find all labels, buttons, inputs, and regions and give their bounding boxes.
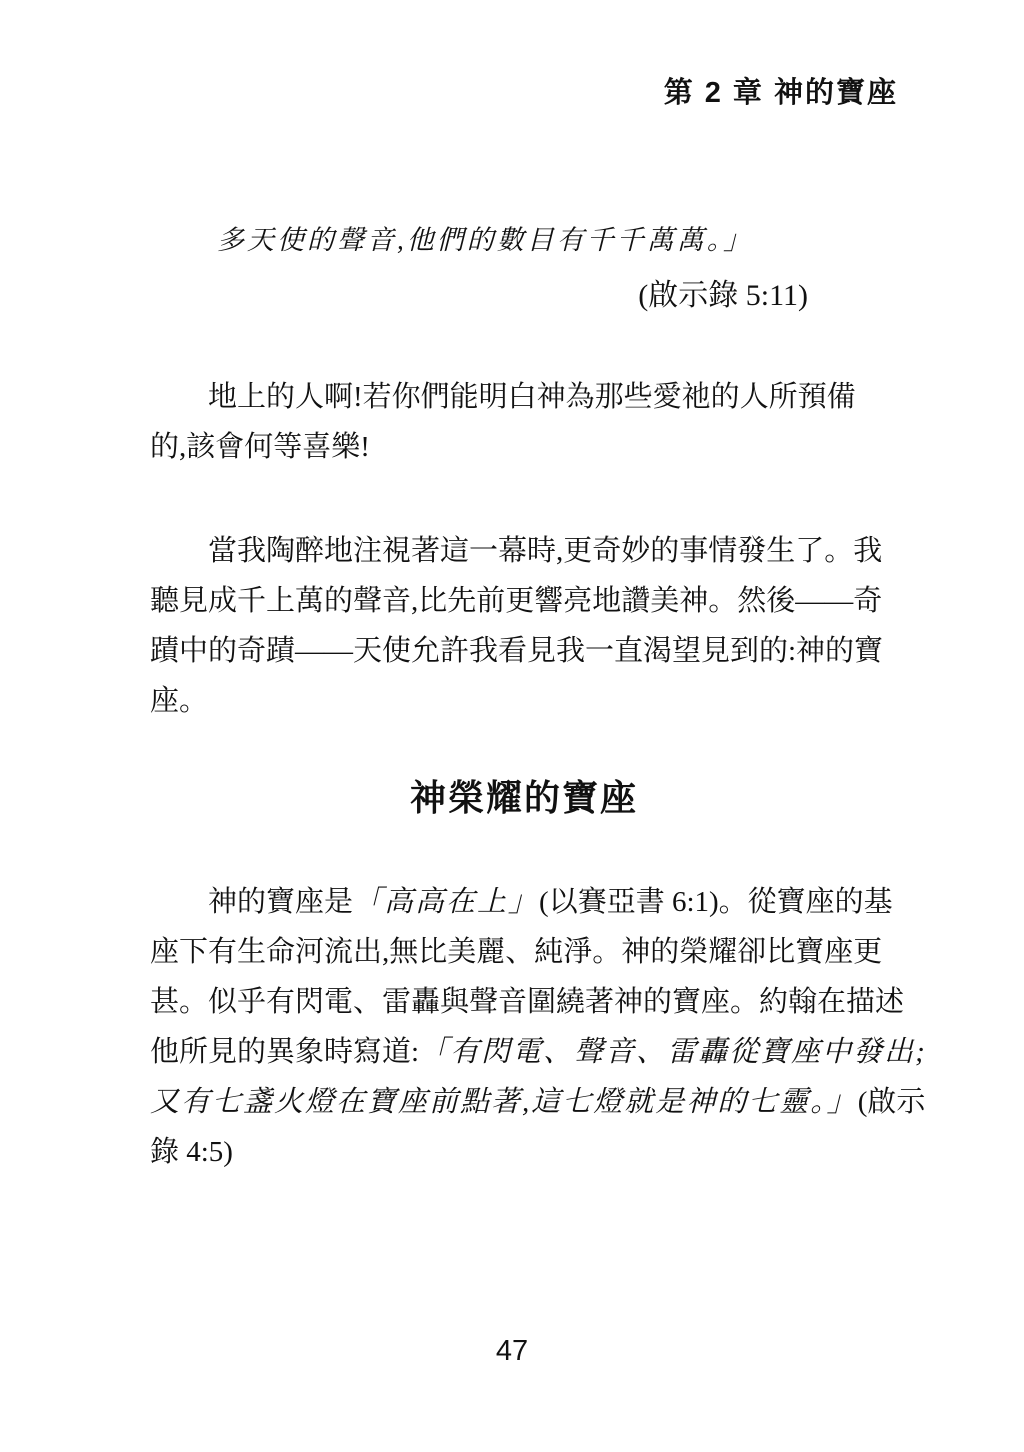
text-line: 的,該會何等喜樂!	[150, 422, 898, 472]
paragraph-3: 神的寶座是「高高在上」(以賽亞書 6:1)。從寶座的基 座下有生命河流出,無比美…	[150, 877, 898, 1177]
text-line: 聽見成千上萬的聲音,比先前更響亮地讚美神。然後——奇	[150, 576, 898, 626]
text-segment: (以賽亞書 6:1)。從寶座的基	[539, 886, 893, 918]
text-line: 座。	[150, 676, 898, 726]
text-segment: 他所見的異象時寫道:	[150, 1036, 419, 1068]
running-header: 第 2 章 神的寶座	[150, 70, 898, 111]
text-line: 蹟中的奇蹟——天使允許我看見我一直渴望見到的:神的寶	[150, 626, 898, 676]
text-segment: 神的寶座是	[208, 886, 353, 918]
paragraph-2: 當我陶醉地注視著這一幕時,更奇妙的事情發生了。我 聽見成千上萬的聲音,比先前更響…	[150, 526, 898, 726]
page-number: 47	[0, 1335, 1024, 1368]
scripture-quote-line: 多天使的聲音,他們的數目有千千萬萬。」	[217, 220, 753, 260]
scripture-quote-segment: 「有閃電、聲音、雷轟從寶座中發出;	[419, 1036, 927, 1068]
text-line: 座下有生命河流出,無比美麗、純淨。神的榮耀卻比寶座更	[150, 927, 898, 977]
text-line: 他所見的異象時寫道:「有閃電、聲音、雷轟從寶座中發出;	[150, 1027, 898, 1077]
text-line: 甚。似乎有閃電、雷轟與聲音圍繞著神的寶座。約翰在描述	[150, 977, 898, 1027]
quoted-phrase: 「高高在上」	[353, 886, 539, 918]
text-line: 當我陶醉地注視著這一幕時,更奇妙的事情發生了。我	[150, 526, 898, 576]
text-segment: (啟示	[858, 1086, 926, 1118]
text-line: 神的寶座是「高高在上」(以賽亞書 6:1)。從寶座的基	[150, 877, 898, 927]
text-line: 地上的人啊!若你們能明白神為那些愛祂的人所預備	[150, 372, 898, 422]
paragraph-1: 地上的人啊!若你們能明白神為那些愛祂的人所預備 的,該會何等喜樂!	[150, 372, 898, 472]
scripture-quote-segment: 又有七盞火燈在寶座前點著,這七燈就是神的七靈。」	[150, 1086, 858, 1118]
scripture-reference: (啟示錄 5:11)	[150, 271, 808, 321]
text-line: 錄 4:5)	[150, 1127, 898, 1177]
section-heading: 神榮耀的寶座	[150, 770, 898, 821]
text-line: 又有七盞火燈在寶座前點著,這七燈就是神的七靈。」(啟示	[150, 1077, 898, 1127]
book-page: 第 2 章 神的寶座 多天使的聲音,他們的數目有千千萬萬。」 (啟示錄 5:11…	[0, 0, 1024, 1452]
